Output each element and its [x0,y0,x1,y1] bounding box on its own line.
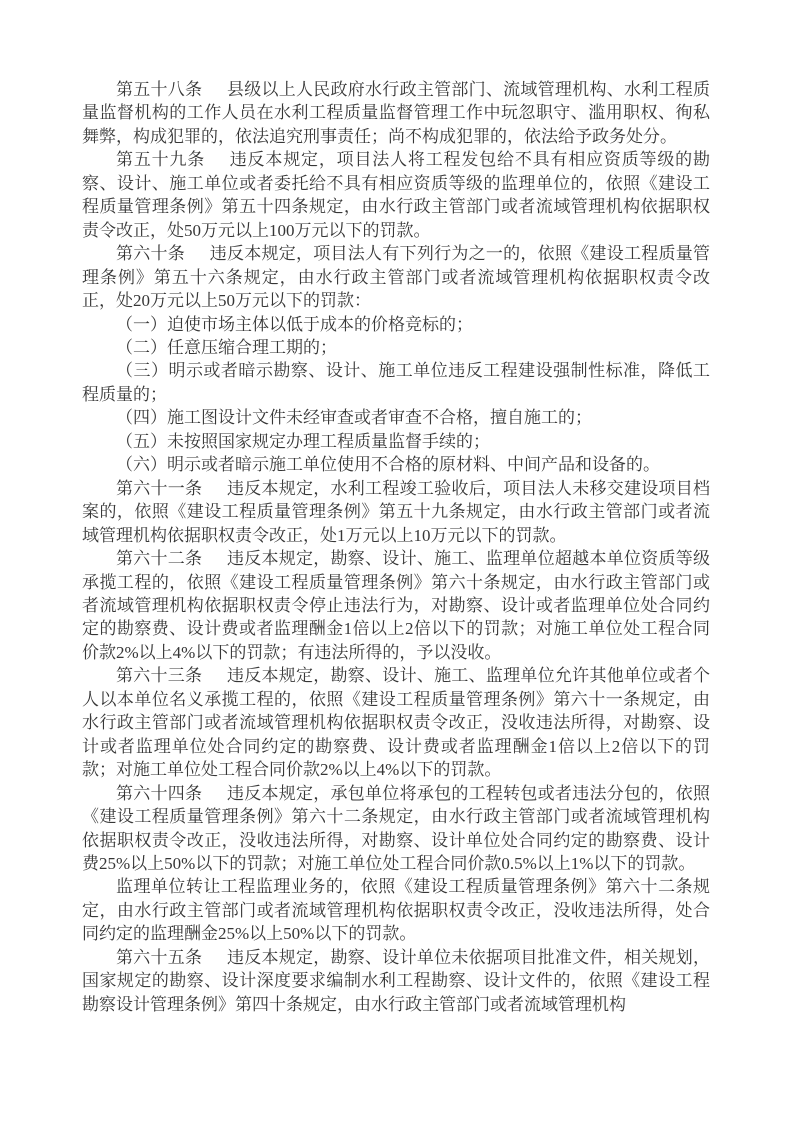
article-paragraph: 第六十三条违反本规定，勘察、设计、施工、监理单位允许其他单位或者个人以本单位名义… [82,664,710,781]
list-item-paragraph: （六）明示或者暗示施工单位使用不合格的原材料、中间产品和设备的。 [82,453,710,476]
continuation-paragraph: 监理单位转让工程监理业务的，依照《建设工程质量管理条例》第六十二条规定，由水行政… [82,875,710,945]
article-number: 第六十一条 [116,479,202,498]
list-item-paragraph: （一）迫使市场主体以低于成本的价格竞标的； [82,313,710,336]
article-paragraph: 第六十一条违反本规定，水利工程竣工验收后，项目法人未移交建设项目档案的，依照《建… [82,477,710,547]
list-item-paragraph: （五）未按照国家规定办理工程质量监督手续的； [82,430,710,453]
list-item-paragraph: （三）明示或者暗示勘察、设计、施工单位违反工程建设强制性标准，降低工程质量的； [82,359,710,406]
article-number: 第六十四条 [116,784,202,803]
article-number: 第六十五条 [116,948,202,967]
article-number: 第六十条 [116,244,185,263]
article-number: 第六十二条 [116,549,202,568]
article-number: 第五十八条 [116,80,202,99]
article-paragraph: 第六十五条违反本规定，勘察、设计单位未依据项目批准文件，相关规划，国家规定的勘察… [82,946,710,1016]
article-paragraph: 第六十条违反本规定，项目法人有下列行为之一的，依照《建设工程质量管理条例》第五十… [82,242,710,312]
document-page: 第五十八条县级以上人民政府水行政主管部门、流域管理机构、水利工程质量监督机构的工… [0,0,793,1122]
list-item-paragraph: （四）施工图设计文件未经审查或者审查不合格，擅自施工的； [82,406,710,429]
article-paragraph: 第五十九条违反本规定，项目法人将工程发包给不具有相应资质等级的勘察、设计、施工单… [82,148,710,242]
article-paragraph: 第六十二条违反本规定，勘察、设计、施工、监理单位超越本单位资质等级承揽工程的，依… [82,547,710,664]
article-number: 第六十三条 [116,666,202,685]
article-number: 第五十九条 [116,150,205,169]
document-body: 第五十八条县级以上人民政府水行政主管部门、流域管理机构、水利工程质量监督机构的工… [82,78,710,1016]
article-paragraph: 第六十四条违反本规定，承包单位将承包的工程转包或者违法分包的，依照《建设工程质量… [82,782,710,876]
list-item-paragraph: （二）任意压缩合理工期的； [82,336,710,359]
article-paragraph: 第五十八条县级以上人民政府水行政主管部门、流域管理机构、水利工程质量监督机构的工… [82,78,710,148]
